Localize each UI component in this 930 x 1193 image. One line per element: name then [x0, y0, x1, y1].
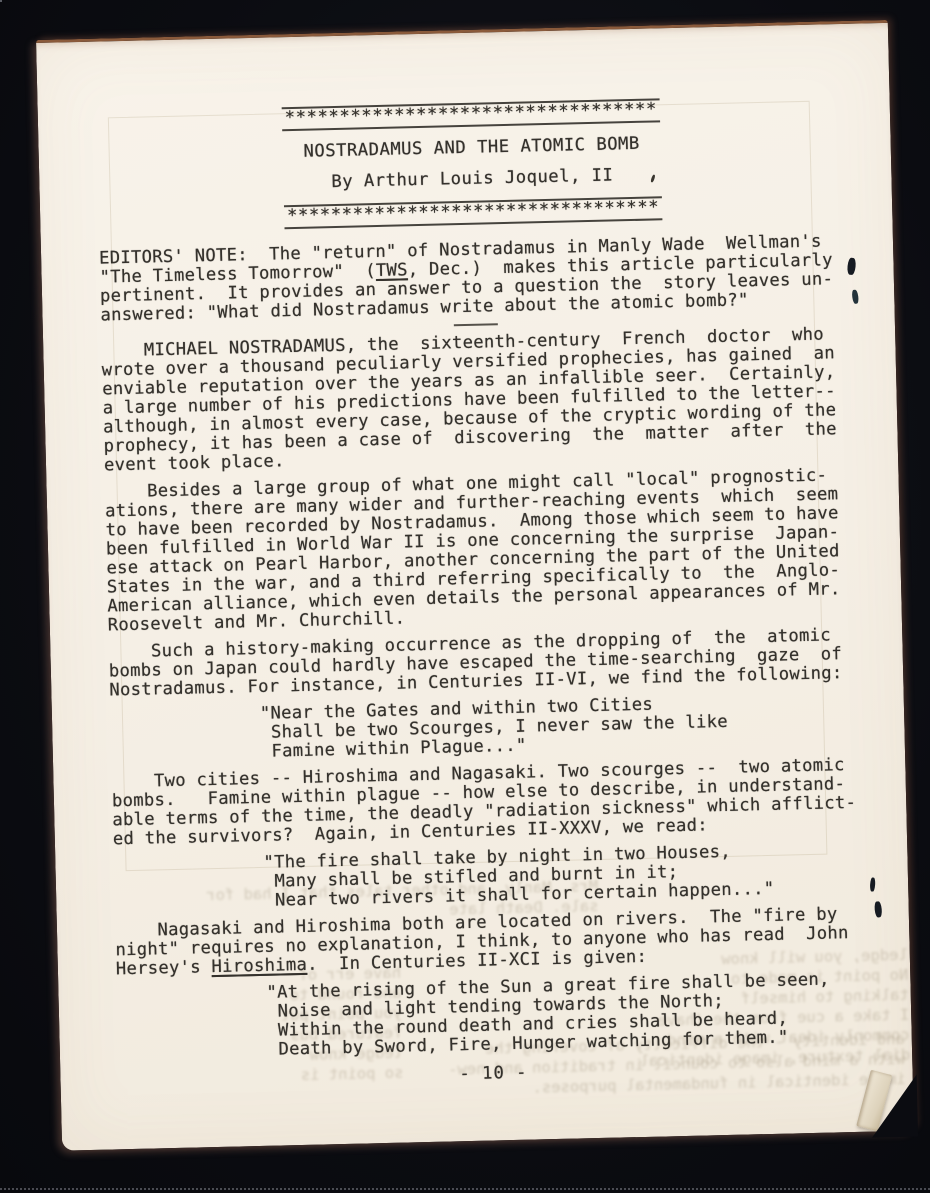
scan-background: Mrs. Manly, and other tales that I had f… — [0, 0, 930, 1193]
prophecy-quote: "At the rising of the Sun a great fire s… — [266, 970, 868, 1060]
article-byline: By Arthur Louis Joquel, II — [97, 161, 847, 198]
paragraph: Two cities -- Hiroshima and Nagasaki. Tw… — [111, 756, 863, 850]
ink-mark — [874, 901, 882, 918]
underlined-text: Hiroshima — [211, 955, 307, 977]
decorative-asterisk-border-top: ********************************** — [282, 98, 661, 131]
underlined-text: TWS — [376, 260, 408, 281]
dog-ear-corner — [871, 1075, 918, 1138]
scan-noise — [0, 0, 2, 2]
header-row: ********************************** — [98, 192, 848, 234]
ink-mark — [851, 289, 859, 304]
article-body: EDITORS' NOTE: The "return" of Nostradam… — [99, 232, 869, 1092]
typed-content: ********************************** NOSTR… — [96, 94, 869, 1092]
header-row: ********************************** — [96, 94, 846, 136]
prophecy-quote: "Near the Gates and within two Cities Sh… — [260, 691, 861, 762]
article-title: NOSTRADAMUS AND THE ATOMIC BOMB — [97, 130, 847, 167]
separator-rule — [454, 323, 498, 326]
decorative-asterisk-border-bottom: ********************************** — [284, 196, 663, 229]
paragraph: MICHAEL NOSTRADAMUS, the sixteenth-centu… — [101, 325, 854, 476]
ink-mark — [870, 877, 876, 891]
ink-mark — [847, 257, 857, 275]
scan-edge-noise — [0, 1188, 930, 1190]
typed-text: Hersey's — [116, 957, 212, 979]
paragraph: Besides a large group of what one might … — [104, 466, 857, 636]
paragraph: Such a history-making occurrence as the … — [108, 626, 859, 701]
document-page: Mrs. Manly, and other tales that I had f… — [36, 20, 914, 1151]
paragraph: EDITORS' NOTE: The "return" of Nostradam… — [99, 232, 851, 326]
paragraph: Nagasaki and Hiroshima both are located … — [115, 905, 866, 980]
prophecy-quote: "The fire shall take by night in two Hou… — [263, 840, 864, 911]
